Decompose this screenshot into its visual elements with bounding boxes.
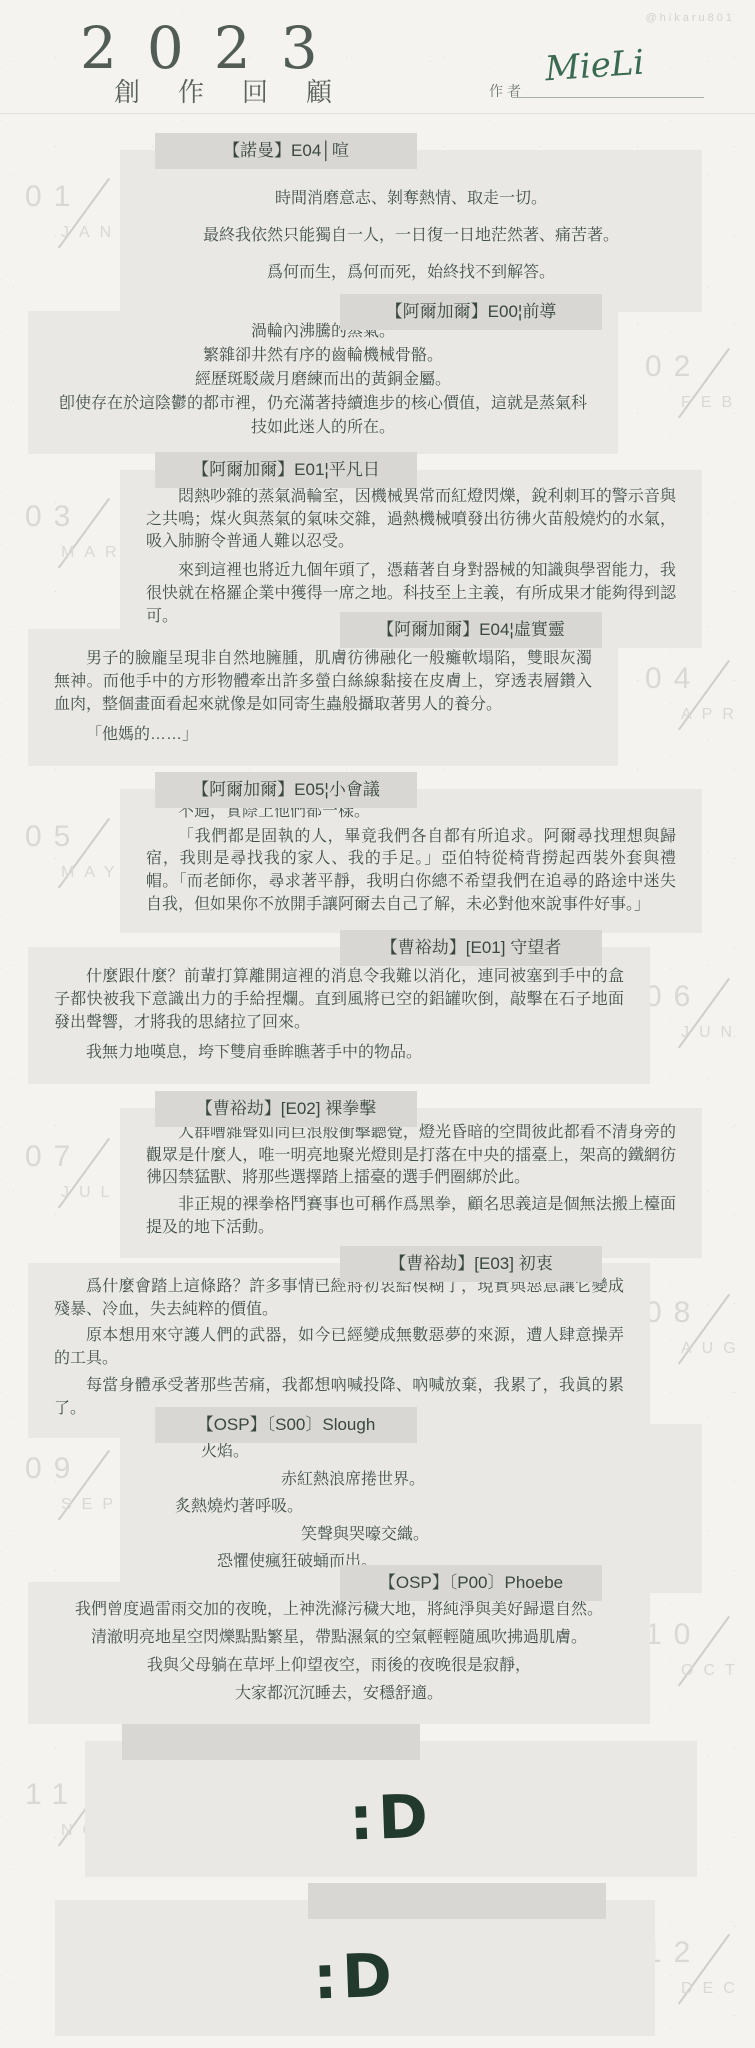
month-number: 11	[25, 1778, 80, 1812]
paragraph: 最終我依然只能獨自一人，一日復一日地茫然著、痛苦著。	[146, 224, 676, 248]
paragraph: 卽使存在於這陰鬱的都市裡，仍充滿著持續進步的核心價值，這就是蒸氣科技如此迷人的所…	[54, 392, 592, 440]
entry-box-feb: 渦輪內沸騰的蒸氣。 繁雜卻井然有序的齒輪機械骨骼。 經歷斑駁歲月磨練而出的黃銅金…	[28, 311, 618, 454]
month-abbr: SEP	[61, 1496, 123, 1514]
entry-title-jun: 【曹裕劫】[E01] 守望者	[340, 930, 602, 966]
entry-box-jan: 時間消磨意志、剝奪熱情、取走一切。 最終我依然只能獨自一人，一日復一日地茫然著、…	[120, 150, 702, 312]
month-marker-jun: 06 JUN	[645, 980, 741, 1048]
entry-box-oct: 我們曾度過雷雨交加的夜晚，上神洗滌污穢大地，將純淨與美好歸還自然。 清澈明亮地星…	[28, 1582, 650, 1724]
entry-box-apr: 男子的臉龐呈現非自然地臃腫，肌膚彷彿融化一般癱軟塌陷，雙眼灰濁無神。而他手中的方…	[28, 629, 618, 766]
month-abbr: MAR	[61, 544, 127, 562]
entry-box-jul: 人群嘈雜聲如同巨浪般衝擊聽覺，燈光昏暗的空間彼此都看不清身旁的觀眾是什麼人，唯一…	[120, 1108, 702, 1258]
month-marker-jul: 07 JUL	[25, 1140, 121, 1208]
entry-title-nov	[122, 1724, 420, 1760]
month-number: 03	[25, 500, 82, 534]
paragraph: 我無力地嘆息，垮下雙肩垂眸瞧著手中的物品。	[54, 1041, 624, 1064]
credit-handle: @hikaru801	[646, 12, 735, 24]
hand-drawn-smiley: :D	[110, 1763, 673, 1872]
paragraph: 悶熱吵雜的蒸氣渦輪室，因機械異常而紅燈閃爍，銳利刺耳的警示音與之共鳴；煤火與蒸氣…	[146, 486, 676, 554]
month-number: 01	[25, 180, 82, 214]
paragraph: 非正規的裸拳格鬥賽事也可稱作爲黑拳，顧名思義這是個無法搬上檯面提及的地下活動。	[146, 1194, 676, 1239]
paragraph: 火焰。	[146, 1441, 676, 1463]
paragraph: 赤紅熱浪席捲世界。	[146, 1469, 676, 1491]
month-number: 04	[645, 662, 702, 696]
paragraph: 什麼跟什麼？前輩打算離開這裡的消息令我難以消化，連同被塞到手中的盒子都快被我下意…	[54, 965, 624, 1035]
month-abbr: JUN	[681, 1024, 742, 1042]
month-number: 08	[645, 1296, 702, 1330]
author-signature: MieLi	[544, 43, 646, 90]
paragraph: 時間消磨意志、剝奪熱情、取走一切。	[146, 187, 676, 211]
paragraph: 清澈明亮地星空閃爍點點繁星，帶點濕氣的空氣輕輕隨風吹拂過肌膚。	[54, 1626, 624, 1650]
entry-title-mar: 【阿爾加爾】E01¦平凡日	[155, 452, 417, 488]
entry-title-dec	[308, 1883, 606, 1919]
entry-title-sep: 【OSP】〔S00〕Slough	[155, 1407, 417, 1443]
paragraph: 原本想用來守護人們的武器，如今已經變成無數惡夢的來源，遭人肆意操弄的工具。	[54, 1325, 624, 1370]
signature-underline	[512, 97, 704, 98]
month-number: 06	[645, 980, 702, 1014]
month-abbr: JUL	[61, 1184, 119, 1202]
entry-title-jan: 【諾曼】E04│喧	[155, 133, 417, 169]
month-marker-may: 05 MAY	[25, 820, 121, 888]
entry-title-jul: 【曹裕劫】[E02] 裸拳擊	[155, 1091, 417, 1127]
month-marker-apr: 04 APR	[645, 662, 741, 730]
month-number: 05	[25, 820, 82, 854]
month-abbr: MAY	[61, 864, 124, 882]
month-abbr: JAN	[61, 224, 121, 242]
month-number: 02	[645, 350, 702, 384]
month-abbr: DEC	[681, 1980, 745, 1998]
month-marker-sep: 09 SEP	[25, 1452, 121, 1520]
month-number: 09	[25, 1452, 82, 1486]
header-divider	[0, 113, 755, 114]
entry-title-may: 【阿爾加爾】E05¦小會議	[155, 772, 417, 808]
page-subtitle: 創作回顧	[114, 72, 370, 109]
entry-title-oct: 【OSP】〔P00〕Phoebe	[340, 1565, 602, 1601]
paragraph: 笑聲與哭嚎交織。	[146, 1524, 676, 1546]
paragraph: 大家都沉沉睡去，安穩舒適。	[54, 1682, 624, 1706]
month-number: 07	[25, 1140, 82, 1174]
month-marker-dec: 12 DEC	[645, 1936, 741, 2004]
month-marker-aug: 08 AUG	[645, 1296, 741, 1364]
entry-title-aug: 【曹裕劫】[E03] 初衷	[340, 1246, 602, 1282]
paragraph: 我與父母躺在草坪上仰望夜空，雨後的夜晚很是寂靜，	[54, 1654, 624, 1678]
entry-box-nov: :D	[85, 1741, 697, 1877]
month-abbr: OCT	[681, 1662, 745, 1680]
month-marker-mar: 03 MAR	[25, 500, 121, 568]
paragraph: 經歷斑駁歲月磨練而出的黃銅金屬。	[54, 368, 592, 392]
month-abbr: FEB	[681, 394, 742, 412]
paragraph: 人群嘈雜聲如同巨浪般衝擊聽覺，燈光昏暗的空間彼此都看不清身旁的觀眾是什麼人，唯一…	[146, 1122, 676, 1190]
entry-title-apr: 【阿爾加爾】E04¦虛實靈	[340, 612, 602, 648]
month-marker-oct: 10 OCT	[645, 1618, 741, 1686]
entry-box-dec: :D	[55, 1900, 655, 2036]
paragraph: 爲什麼會踏上這條路？許多事情已經將初衷給模糊了，現實與惡意讓它變成殘暴、冷血，失…	[54, 1276, 624, 1321]
paragraph: 我們曾度過雷雨交加的夜晚，上神洗滌污穢大地，將純淨與美好歸還自然。	[54, 1598, 624, 1622]
paragraph: 「我們都是固執的人，畢竟我們各自都有所追求。阿爾尋找理想與歸宿，我則是尋找我的家…	[146, 826, 676, 917]
month-number: 10	[645, 1618, 702, 1652]
hand-drawn-smiley: :D	[80, 1922, 631, 2031]
month-marker-feb: 02 FEB	[645, 350, 741, 418]
entry-title-feb: 【阿爾加爾】E00¦前導	[340, 294, 602, 330]
entry-box-may: 不過，實際上他們都一樣。 「我們都是固執的人，畢竟我們各自都有所追求。阿爾尋找理…	[120, 789, 702, 933]
month-abbr: APR	[681, 706, 744, 724]
poster-canvas: @hikaru801 2023 創作回顧 作者 MieLi 01 JAN 【諾曼…	[0, 0, 755, 2048]
entry-box-jun: 什麼跟什麼？前輩打算離開這裡的消息令我難以消化，連同被塞到手中的盒子都快被我下意…	[28, 947, 650, 1084]
author-label: 作者	[489, 81, 525, 101]
month-marker-jan: 01 JAN	[25, 180, 121, 248]
paragraph: 爲何而生，爲何而死，始終找不到解答。	[146, 261, 676, 285]
month-abbr: AUG	[681, 1340, 746, 1358]
paragraph: 「他媽的……」	[54, 723, 592, 746]
paragraph: 男子的臉龐呈現非自然地臃腫，肌膚彷彿融化一般癱軟塌陷，雙眼灰濁無神。而他手中的方…	[54, 647, 592, 717]
paragraph: 炙熱燒灼著呼吸。	[146, 1496, 676, 1518]
paragraph: 繁雜卻井然有序的齒輪機械骨骼。	[54, 344, 592, 368]
